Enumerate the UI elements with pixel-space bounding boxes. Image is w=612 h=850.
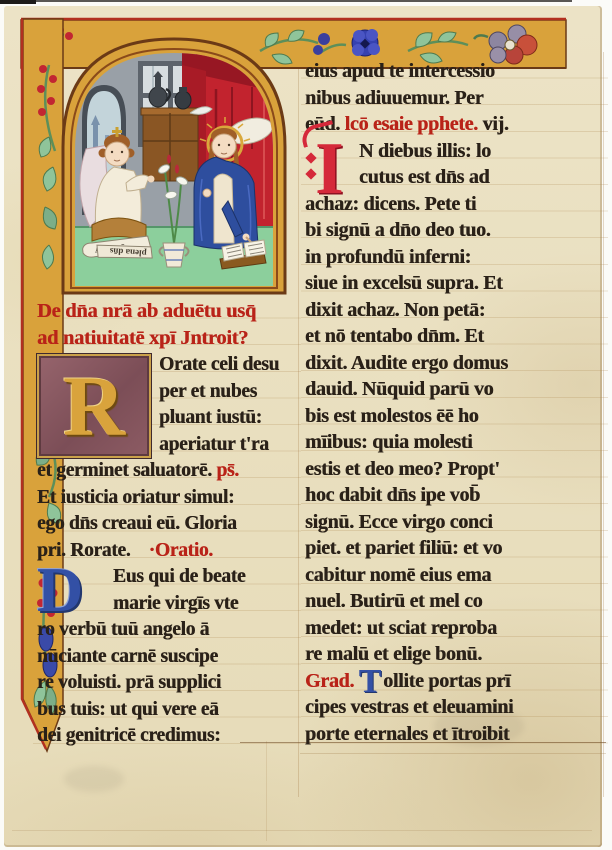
text-line: ro verbū tuū angelo ā — [37, 617, 301, 644]
left-text-column: De dn̄a nrā ab aduētu usq̄ad natiuitatē … — [37, 298, 301, 750]
photo-edge-line — [0, 0, 572, 2]
manuscript-photo: Aue grā plena dn̄s De dn̄a nrā ab aduētu… — [0, 0, 612, 850]
initial-letter: R — [63, 363, 125, 449]
ruling-horizontal — [12, 830, 592, 831]
text-line: bus tuis: ut qui vere eā — [37, 697, 301, 724]
ruling-horizontal — [300, 753, 606, 754]
text-line: et nō tentabo dn̄m. Et — [305, 323, 609, 350]
text-line: cabitur nomē eius ema — [305, 562, 609, 589]
manuscript-page: Aue grā plena dn̄s De dn̄a nrā ab aduētu… — [4, 6, 602, 847]
illuminated-initial-I: I — [305, 138, 355, 189]
text-line: hoc dabit dn̄s ipe vob̄ — [305, 482, 609, 509]
lesson-isaiah-start: I N diebus illis: locutus est dn̄s ad — [305, 138, 609, 191]
text-line: dauid. Nūquid parū vo — [305, 376, 609, 403]
text-line: Grad. Tollite portas prī — [305, 668, 609, 695]
text-line: signū. Ecce virgo conci — [305, 509, 609, 536]
text-line: nūciante carnē suscipe — [37, 644, 301, 671]
illuminated-initial-D: D — [37, 564, 109, 616]
collect-deus-qui: D Eus qui de beatemarie virgīs vtero ver… — [37, 564, 301, 750]
text-line: nibus adiuuemur. Per — [305, 85, 609, 112]
text-line: re voluisti. prā supplici — [37, 670, 301, 697]
text-line: Et iusticia oriatur simul: — [37, 485, 301, 512]
text-line: achaz: dicens. Pete ti — [305, 191, 609, 218]
introit-rorate: R Orate celi desuper et nubespluant iust… — [37, 352, 301, 564]
text-line: De dn̄a nrā ab aduētu usq̄ — [37, 298, 301, 325]
text-line: re malū et elige bonū. — [305, 641, 609, 668]
text-line: nuel. Butirū et mel co — [305, 588, 609, 615]
illuminated-initial-R: R — [37, 354, 151, 458]
text-line: dei genitricē credimus: — [37, 723, 301, 750]
gradual-tollite: Grad. Tollite portas prīcipes vestras et… — [305, 668, 609, 748]
text-line: et germinet saluatorē. ps̄. — [37, 458, 301, 485]
lily-pot — [163, 243, 185, 267]
text-line: estis et deo meo? Propt' — [305, 456, 609, 483]
text-line: in profundū inferni: — [305, 244, 609, 271]
collect-ending: eius apud te intercessionibus adiuuemur.… — [305, 58, 609, 138]
text-line: ego dn̄s creaui eū. Gloria — [37, 511, 301, 538]
text-line: bis est molestos ēē ho — [305, 403, 609, 430]
text-line: porte eternales et ītroibit — [305, 721, 609, 748]
ruling-vertical — [266, 741, 267, 841]
text-line: piet. et pariet filiū: et vo — [305, 535, 609, 562]
lesson-isaiah: achaz: dicens. Pete tibi signū a dn̄o de… — [305, 191, 609, 668]
text-line: pri. Rorate. ·Oratio. — [37, 538, 301, 565]
text-line: siue in excelsū supra. Et — [305, 270, 609, 297]
text-line: cipes vestras et eleuamini — [305, 694, 609, 721]
initial-letter: I — [315, 132, 344, 206]
text-line: bi signū a dn̄o deo tuo. — [305, 217, 609, 244]
right-text-column: eius apud te intercessionibus adiuuemur.… — [305, 58, 609, 747]
rubric-heading: De dn̄a nrā ab aduētu usq̄ad natiuitatē … — [37, 298, 301, 352]
text-line: ad natiuitatē xpī Jntroit? — [37, 325, 301, 352]
text-line: dixit. Audite ergo domus — [305, 350, 609, 377]
annunciation-miniature: Aue grā plena dn̄s — [56, 29, 292, 299]
text-line: eius apud te intercessio — [305, 58, 609, 85]
text-line: eūd. lcō esaie pphete. vij. — [305, 111, 609, 138]
parchment-stain — [64, 766, 124, 792]
text-line: dixit achaz. Non petā: — [305, 297, 609, 324]
photo-edge-corner — [0, 0, 36, 4]
text-line: medet: ut sciat reproba — [305, 615, 609, 642]
text-line: mīibus: quia molesti — [305, 429, 609, 456]
